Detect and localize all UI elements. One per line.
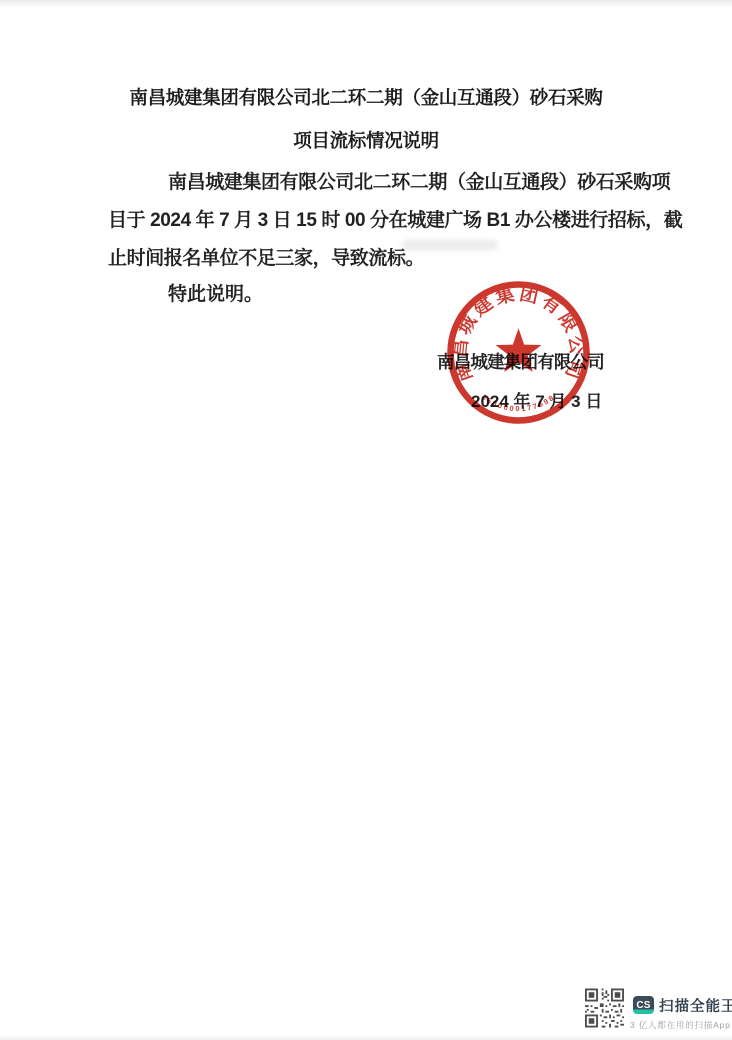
- body-text-line-2: 目于 2024 年 7 月 3 日 15 时 00 分在城建广场 B1 办公楼进…: [108, 205, 682, 232]
- scanned-document-page: 南昌城建集团有限公司北二环二期（金山互通段）砂石采购 项目流标情况说明 南昌城建…: [0, 0, 732, 1040]
- scan-edge-shadow-top: [0, 0, 732, 8]
- document-title-line-1: 南昌城建集团有限公司北二环二期（金山互通段）砂石采购: [0, 84, 732, 110]
- document-title-line-2: 项目流标情况说明: [0, 127, 732, 153]
- body-text-line-3: 止时间报名单位不足三家，导致流标。: [108, 243, 424, 270]
- body-text-line-1: 南昌城建集团有限公司北二环二期（金山互通段）砂石采购项: [108, 167, 670, 194]
- scan-edge-shadow-bottom: [0, 1035, 732, 1040]
- camscanner-logo-text: CS: [636, 1000, 650, 1011]
- watermark-app-name: 扫描全能王: [659, 995, 732, 1016]
- watermark-tagline: 3 亿人都在用的扫描App: [630, 1019, 731, 1031]
- qr-code-icon: [585, 988, 624, 1028]
- signature-company-name: 南昌城建集团有限公司: [437, 349, 604, 374]
- signature-date: 2024 年 7 月 3 日: [471, 387, 602, 412]
- scan-smudge-artifact: [402, 240, 498, 250]
- camscanner-logo-icon: CS: [633, 996, 654, 1014]
- closing-statement: 特此说明。: [168, 279, 263, 306]
